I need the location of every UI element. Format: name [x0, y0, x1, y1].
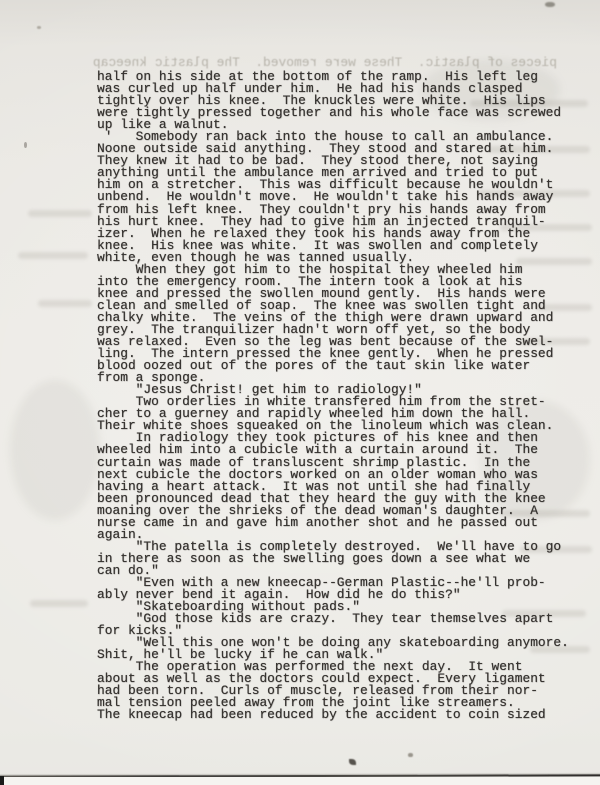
corner-shadow-mark [0, 776, 4, 785]
paper-speck [545, 2, 555, 7]
paper-speck [408, 753, 413, 757]
paper-speck [37, 26, 41, 29]
paper-mottle [10, 380, 100, 520]
scanned-page: pieces of plastic. These were removed. T… [0, 0, 600, 785]
typed-text: half on his side at the bottom of the ra… [97, 71, 569, 722]
paper-speck [349, 759, 356, 765]
bleedthrough-smudge [30, 600, 88, 607]
bleedthrough-smudge [18, 252, 88, 259]
bleedthrough-smudge [28, 210, 92, 217]
paper-speck [24, 142, 27, 148]
paper-top-shading [0, 0, 600, 46]
bleedthrough-smudge [38, 300, 92, 307]
background-sheet [0, 777, 600, 785]
